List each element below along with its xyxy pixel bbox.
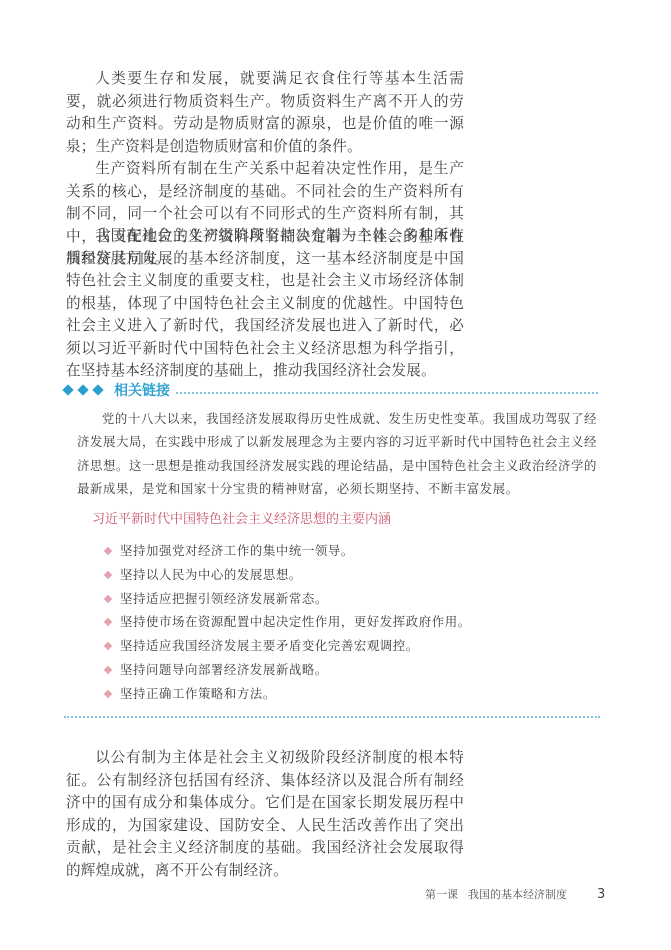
- chapter-title: 我国的基本经济制度: [468, 886, 567, 902]
- lesson-label: 第一课: [425, 886, 458, 902]
- key-points-list: 坚持加强党对经济工作的集中统一领导。 坚持以人民为中心的发展思想。 坚持适应把握…: [104, 539, 471, 706]
- list-item: 坚持正确工作策略和方法。: [104, 682, 471, 706]
- list-item: 坚持使市场在资源配置中起决定性作用，更好发挥政府作用。: [104, 610, 471, 634]
- related-link-body: 党的十八大以来，我国经济发展取得历史性成就、发生历史性变革。我国成功驾驭了经济发…: [77, 407, 597, 500]
- diamond-icon: [77, 384, 88, 395]
- list-item: 坚持加强党对经济工作的集中统一领导。: [104, 539, 471, 563]
- diamond-bullet-icon: [104, 642, 112, 650]
- list-item-text: 坚持问题导向部署经济发展新战略。: [120, 662, 328, 677]
- page-number: 3: [597, 887, 605, 902]
- related-link-subheading: 习近平新时代中国特色社会主义经济思想的主要内涵: [92, 508, 391, 527]
- diamond-bullet-icon: [104, 690, 112, 698]
- body-paragraph-1: 人类要生存和发展，就要满足衣食住行等基本生活需要，就必须进行物质资料生产。物质资…: [66, 68, 464, 158]
- dotted-divider: [176, 392, 598, 394]
- diamond-bullet-icon: [104, 666, 112, 674]
- diamond-bullet-icon: [104, 594, 112, 602]
- list-item: 坚持以人民为中心的发展思想。: [104, 563, 471, 587]
- diamond-bullets-icon: [62, 386, 104, 394]
- page-footer: 第一课 我国的基本经济制度 3: [425, 886, 605, 902]
- related-link-title: 相关链接: [114, 380, 170, 400]
- list-item-text: 坚持以人民为中心的发展思想。: [120, 567, 302, 582]
- dotted-divider-bottom: [64, 716, 600, 718]
- related-link-header: 相关链接: [62, 380, 598, 400]
- list-item-text: 坚持适应把握引领经济发展新常态。: [120, 591, 328, 606]
- list-item: 坚持适应我国经济发展主要矛盾变化完善宏观调控。: [104, 634, 471, 658]
- list-item-text: 坚持适应我国经济发展主要矛盾变化完善宏观调控。: [120, 638, 419, 653]
- list-item: 坚持问题导向部署经济发展新战略。: [104, 658, 471, 682]
- diamond-bullet-icon: [104, 547, 112, 555]
- diamond-icon: [62, 384, 73, 395]
- list-item-text: 坚持正确工作策略和方法。: [120, 686, 276, 701]
- body-paragraph-4: 以公有制为主体是社会主义初级阶段经济制度的根本特征。公有制经济包括国有经济、集体…: [66, 747, 464, 882]
- list-item-text: 坚持加强党对经济工作的集中统一领导。: [120, 543, 354, 558]
- list-item: 坚持适应把握引领经济发展新常态。: [104, 587, 471, 611]
- body-paragraph-3: 我国在社会主义初级阶段坚持公有制为主体、多种所有制经济共同发展的基本经济制度，这…: [66, 225, 464, 383]
- diamond-bullet-icon: [104, 618, 112, 626]
- diamond-bullet-icon: [104, 571, 112, 579]
- diamond-icon: [92, 384, 103, 395]
- list-item-text: 坚持使市场在资源配置中起决定性作用，更好发挥政府作用。: [120, 614, 471, 629]
